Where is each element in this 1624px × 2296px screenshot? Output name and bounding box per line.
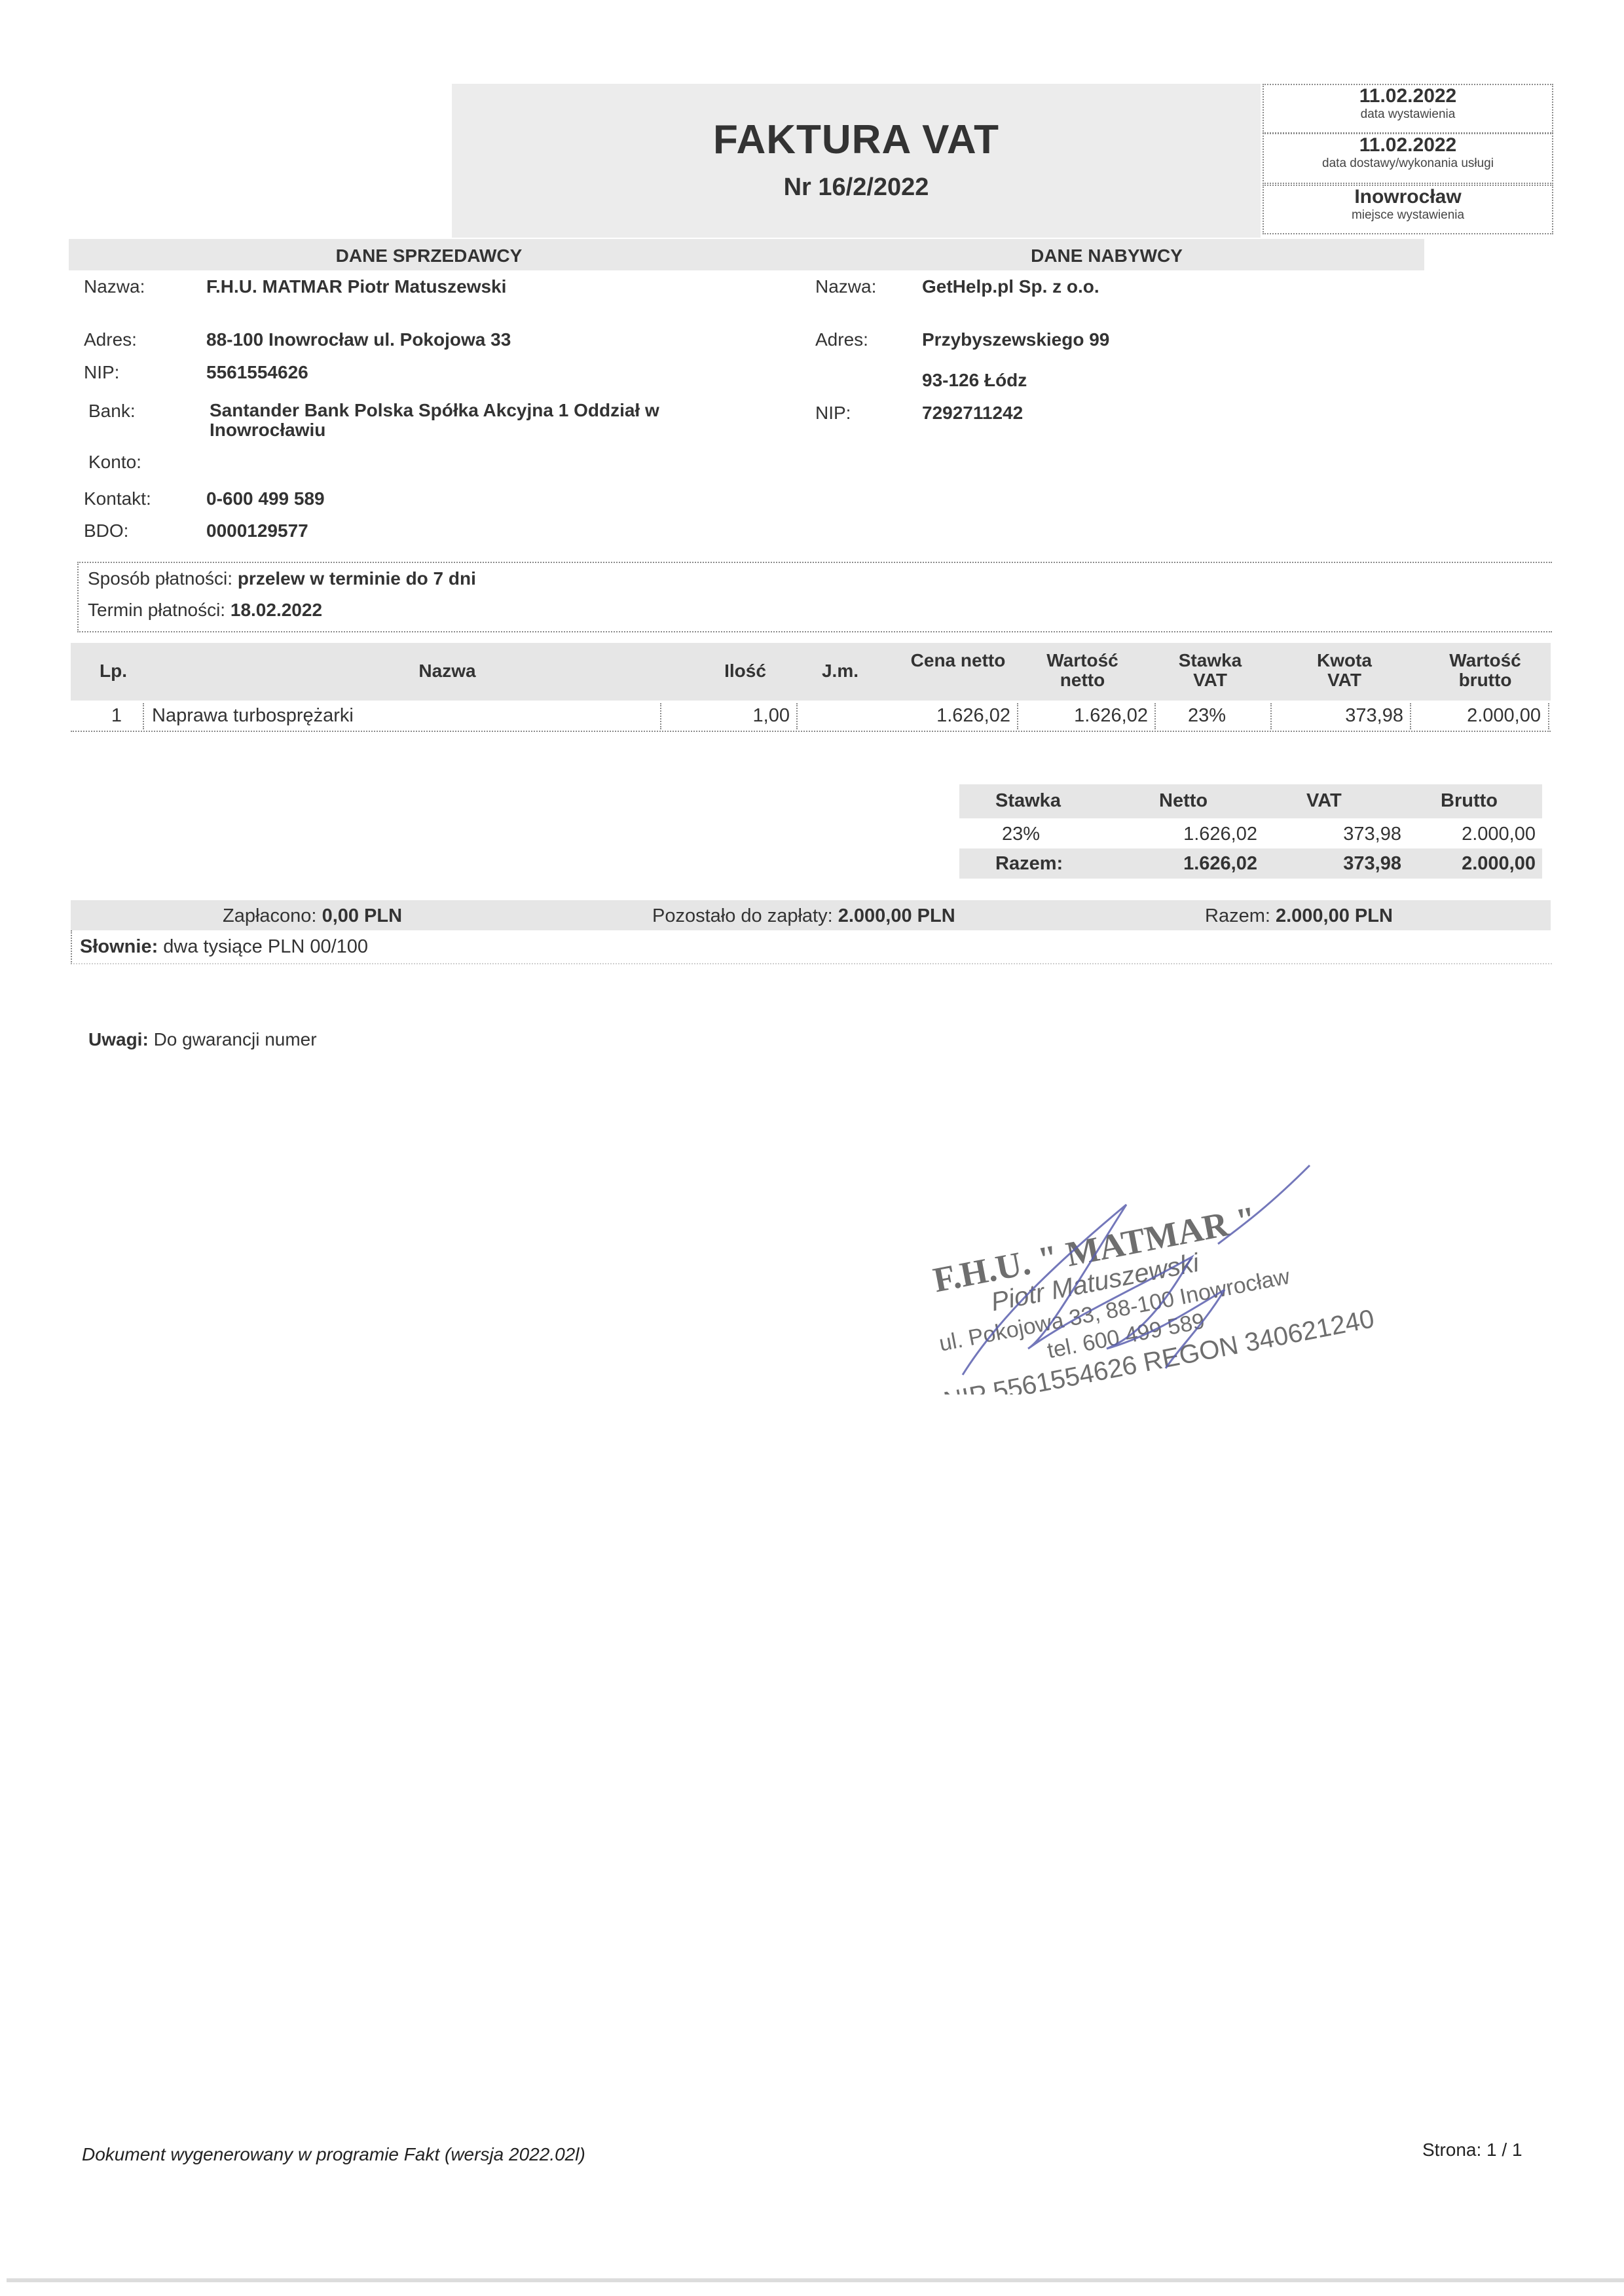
payment-due-date: 18.02.2022 xyxy=(231,600,322,620)
amount-in-words: Słownie: dwa tysiące PLN 00/100 xyxy=(80,930,368,963)
seller-heading: DANE SPRZEDAWCY xyxy=(69,239,789,270)
sum-col-gross: Brutto xyxy=(1441,784,1498,817)
company-stamp: F.H.U. " MATMAR " Piotr Matuszewski ul. … xyxy=(917,1152,1388,1394)
column-divider xyxy=(1154,703,1156,729)
notes-label: Uwagi: xyxy=(88,1029,149,1049)
words-value: dwa tysiące PLN 00/100 xyxy=(163,936,368,957)
table-row: 1 Naprawa turbosprężarki 1,00 1.626,02 1… xyxy=(71,701,1551,732)
column-divider xyxy=(1410,703,1411,729)
summary-total-row: Razem: 1.626,02 373,98 2.000,00 xyxy=(959,848,1542,879)
scan-edge-line xyxy=(7,2278,1624,2282)
words-label: Słownie: xyxy=(80,936,158,957)
seller-bdo-label: BDO: xyxy=(84,520,128,541)
notes: Uwagi: Do gwarancji numer xyxy=(88,1029,317,1050)
item-gross-value: 2.000,00 xyxy=(1413,701,1541,729)
summary-row: 23% 1.626,02 373,98 2.000,00 xyxy=(959,818,1542,848)
sum-vat: 373,98 xyxy=(1261,818,1401,850)
issue-place: Inowrocław xyxy=(1264,186,1552,208)
seller-bdo: 0000129577 xyxy=(206,520,308,541)
seller-bank: Santander Bank Polska Spółka Akcyjna 1 O… xyxy=(210,401,733,440)
summary-table-header: Stawka Netto VAT Brutto xyxy=(959,784,1542,818)
col-unit-price-net: Cena netto xyxy=(909,651,1007,670)
buyer-nip-label: NIP: xyxy=(815,403,851,424)
paid: Zapłacono: 0,00 PLN xyxy=(223,900,402,932)
col-vat-amount: Kwota VAT xyxy=(1302,651,1387,690)
items-table-header: Lp. Nazwa Ilość J.m. Cena netto Wartość … xyxy=(71,643,1551,701)
paid-amount: 0,00 PLN xyxy=(322,905,403,926)
issue-date-box: 11.02.2022 data wystawienia xyxy=(1263,84,1553,134)
title-block: FAKTURA VAT Nr 16/2/2022 xyxy=(452,84,1261,238)
remaining: Pozostało do zapłaty: 2.000,00 PLN xyxy=(652,900,955,932)
sum-col-vat: VAT xyxy=(1306,784,1342,817)
column-divider xyxy=(143,703,144,729)
delivery-date-box: 11.02.2022 data dostawy/wykonania usługi xyxy=(1263,133,1553,184)
col-vat-rate: Stawka VAT xyxy=(1168,651,1253,690)
sum-total-net: 1.626,02 xyxy=(1090,848,1257,879)
seller-name-label: Nazwa: xyxy=(84,276,145,297)
stamp-signature-icon: F.H.U. " MATMAR " Piotr Matuszewski ul. … xyxy=(917,1152,1388,1394)
issue-place-box: Inowrocław miejsce wystawienia xyxy=(1263,185,1553,234)
col-unit: J.m. xyxy=(798,661,883,681)
generated-by-note: Dokument wygenerowany w programie Fakt (… xyxy=(82,2144,585,2165)
seller-name: F.H.U. MATMAR Piotr Matuszewski xyxy=(206,276,506,297)
buyer-name-label: Nazwa: xyxy=(815,276,876,297)
sum-gross: 2.000,00 xyxy=(1405,818,1536,850)
sum-total-gross: 2.000,00 xyxy=(1405,848,1536,879)
buyer-address-line2: 93-126 Łódz xyxy=(922,370,1027,391)
seller-nip: 5561554626 xyxy=(206,362,308,383)
issue-date: 11.02.2022 xyxy=(1264,85,1552,107)
issue-place-label: miejsce wystawienia xyxy=(1264,208,1552,223)
seller-account-label: Konto: xyxy=(88,452,141,473)
amount-in-words-row: Słownie: dwa tysiące PLN 00/100 xyxy=(71,930,1552,964)
payment-method-label: Sposób płatności: xyxy=(88,568,232,589)
buyer-nip: 7292711242 xyxy=(922,403,1023,424)
paid-label: Zapłacono: xyxy=(223,905,317,926)
seller-address-label: Adres: xyxy=(84,329,137,350)
item-unit-price-net: 1.626,02 xyxy=(889,701,1010,729)
seller-address: 88-100 Inowrocław ul. Pokojowa 33 xyxy=(206,329,511,350)
document-title: FAKTURA VAT xyxy=(452,117,1261,163)
notes-text: Do gwarancji numer xyxy=(154,1029,317,1049)
payment-due-label: Termin płatności: xyxy=(88,600,225,620)
col-name: Nazwa xyxy=(333,661,562,681)
col-net-value: Wartość netto xyxy=(1033,651,1132,690)
col-qty: Ilość xyxy=(699,661,791,681)
buyer-name: GetHelp.pl Sp. z o.o. xyxy=(922,276,1099,297)
sum-col-net: Netto xyxy=(1159,784,1208,817)
sum-net: 1.626,02 xyxy=(1090,818,1257,850)
col-gross-value: Wartość brutto xyxy=(1436,651,1534,690)
payment-summary-bar: Zapłacono: 0,00 PLN Pozostało do zapłaty… xyxy=(71,900,1551,930)
remaining-amount: 2.000,00 PLN xyxy=(838,905,955,926)
payment-info-box: Sposób płatności: przelew w terminie do … xyxy=(77,562,1552,632)
payment-due-row: Termin płatności: 18.02.2022 xyxy=(88,600,322,621)
total: Razem: 2.000,00 PLN xyxy=(1205,900,1393,932)
col-lp: Lp. xyxy=(87,661,139,681)
item-qty: 1,00 xyxy=(660,701,790,729)
sum-col-rate: Stawka xyxy=(995,784,1061,817)
item-vat-rate: 23% xyxy=(1161,701,1253,729)
item-lp: 1 xyxy=(103,701,130,729)
buyer-heading: DANE NABYWCY xyxy=(789,239,1424,270)
item-net-value: 1.626,02 xyxy=(1020,701,1148,729)
buyer-address-line1: Przybyszewskiego 99 xyxy=(922,329,1109,350)
sum-total-vat: 373,98 xyxy=(1261,848,1401,879)
seller-contact: 0-600 499 589 xyxy=(206,488,325,509)
invoice-number: Nr 16/2/2022 xyxy=(452,173,1261,202)
payment-method-row: Sposób płatności: przelew w terminie do … xyxy=(88,568,476,589)
total-amount: 2.000,00 PLN xyxy=(1276,905,1393,926)
buyer-address-label: Adres: xyxy=(815,329,868,350)
item-unit xyxy=(801,701,879,729)
item-vat-amount: 373,98 xyxy=(1276,701,1403,729)
sum-rate: 23% xyxy=(1002,818,1040,850)
payment-method: przelew w terminie do 7 dni xyxy=(238,568,476,589)
delivery-date-label: data dostawy/wykonania usługi xyxy=(1264,156,1552,171)
page-number: Strona: 1 / 1 xyxy=(1422,2140,1522,2160)
total-label: Razem: xyxy=(1205,905,1270,926)
column-divider xyxy=(1270,703,1272,729)
item-name: Naprawa turbosprężarki xyxy=(152,701,354,729)
column-divider xyxy=(1548,703,1549,729)
column-divider xyxy=(1017,703,1018,729)
remaining-label: Pozostało do zapłaty: xyxy=(652,905,833,926)
delivery-date: 11.02.2022 xyxy=(1264,134,1552,156)
issue-date-label: data wystawienia xyxy=(1264,107,1552,122)
sum-total-label: Razem: xyxy=(995,848,1063,879)
column-divider xyxy=(796,703,798,729)
seller-contact-label: Kontakt: xyxy=(84,488,151,509)
seller-nip-label: NIP: xyxy=(84,362,119,383)
seller-bank-label: Bank: xyxy=(88,401,136,422)
